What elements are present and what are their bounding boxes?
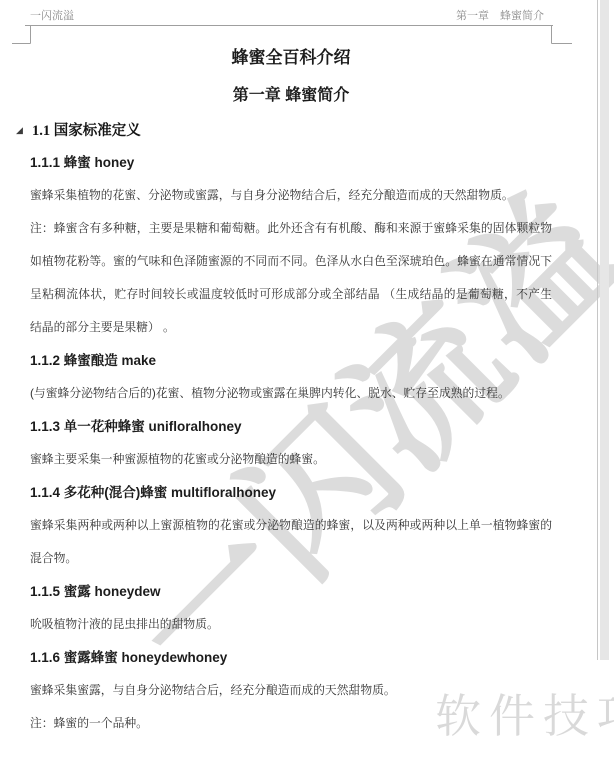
scrollbar-thumb[interactable] [600,0,609,660]
heading-1-1-6: 1.1.6 蜜露蜂蜜 honeydewhoney [30,641,552,674]
heading-1-1-5: 1.1.5 蜜露 honeydew [30,575,552,608]
section-heading-1-1: ◢1.1 国家标准定义 [30,116,552,146]
collapse-triangle-icon[interactable]: ◢ [16,116,23,146]
note-paragraph: 注：蜂蜜含有多种糖，主要是果糖和葡萄糖。此外还含有有机酸、酶和来源于蜜蜂采集的固… [30,212,552,344]
heading-1-1-2: 1.1.2 蜂蜜酿造 make [30,344,552,377]
scrollbar-track-line [597,0,598,660]
header-rule [0,0,614,50]
paragraph: 蜜蜂主要采集一种蜜源植物的花蜜或分泌物酿造的蜂蜜。 [30,443,552,476]
paragraph: (与蜜蜂分泌物结合后的)花蜜、植物分泌物或蜜露在巢脾内转化、脱水、贮存至成熟的过… [30,377,552,410]
heading-1-1-4: 1.1.4 多花种(混合)蜂蜜 multifloralhoney [30,476,552,509]
note-paragraph: 注：蜂蜜的一个品种。 [30,707,552,740]
paragraph: 蜜蜂采集蜜露，与自身分泌物结合后，经充分酿造而成的天然甜物质。 [30,674,552,707]
paragraph: 蜜蜂采集植物的花蜜、分泌物或蜜露，与自身分泌物结合后，经充分酿造而成的天然甜物质… [30,179,552,212]
section-heading-label: 1.1 国家标准定义 [32,123,141,139]
chapter-heading: 第一章 蜂蜜简介 [30,76,552,116]
paragraph: 吮吸植物汁液的昆虫排出的甜物质。 [30,608,552,641]
document-page: 一闪流溢 第一章 蜂蜜简介 一闪流溢 软件技巧 蜂蜜全百科介绍 第一章 蜂蜜简介… [0,0,614,757]
paragraph: 蜜蜂采集两种或两种以上蜜源植物的花蜜或分泌物酿造的蜂蜜，以及两种或两种以上单一植… [30,509,552,575]
heading-1-1-1: 1.1.1 蜂蜜 honey [30,146,552,179]
heading-1-1-3: 1.1.3 单一花种蜂蜜 unifloralhoney [30,410,552,443]
document-content: 蜂蜜全百科介绍 第一章 蜂蜜简介 ◢1.1 国家标准定义 1.1.1 蜂蜜 ho… [30,40,552,740]
